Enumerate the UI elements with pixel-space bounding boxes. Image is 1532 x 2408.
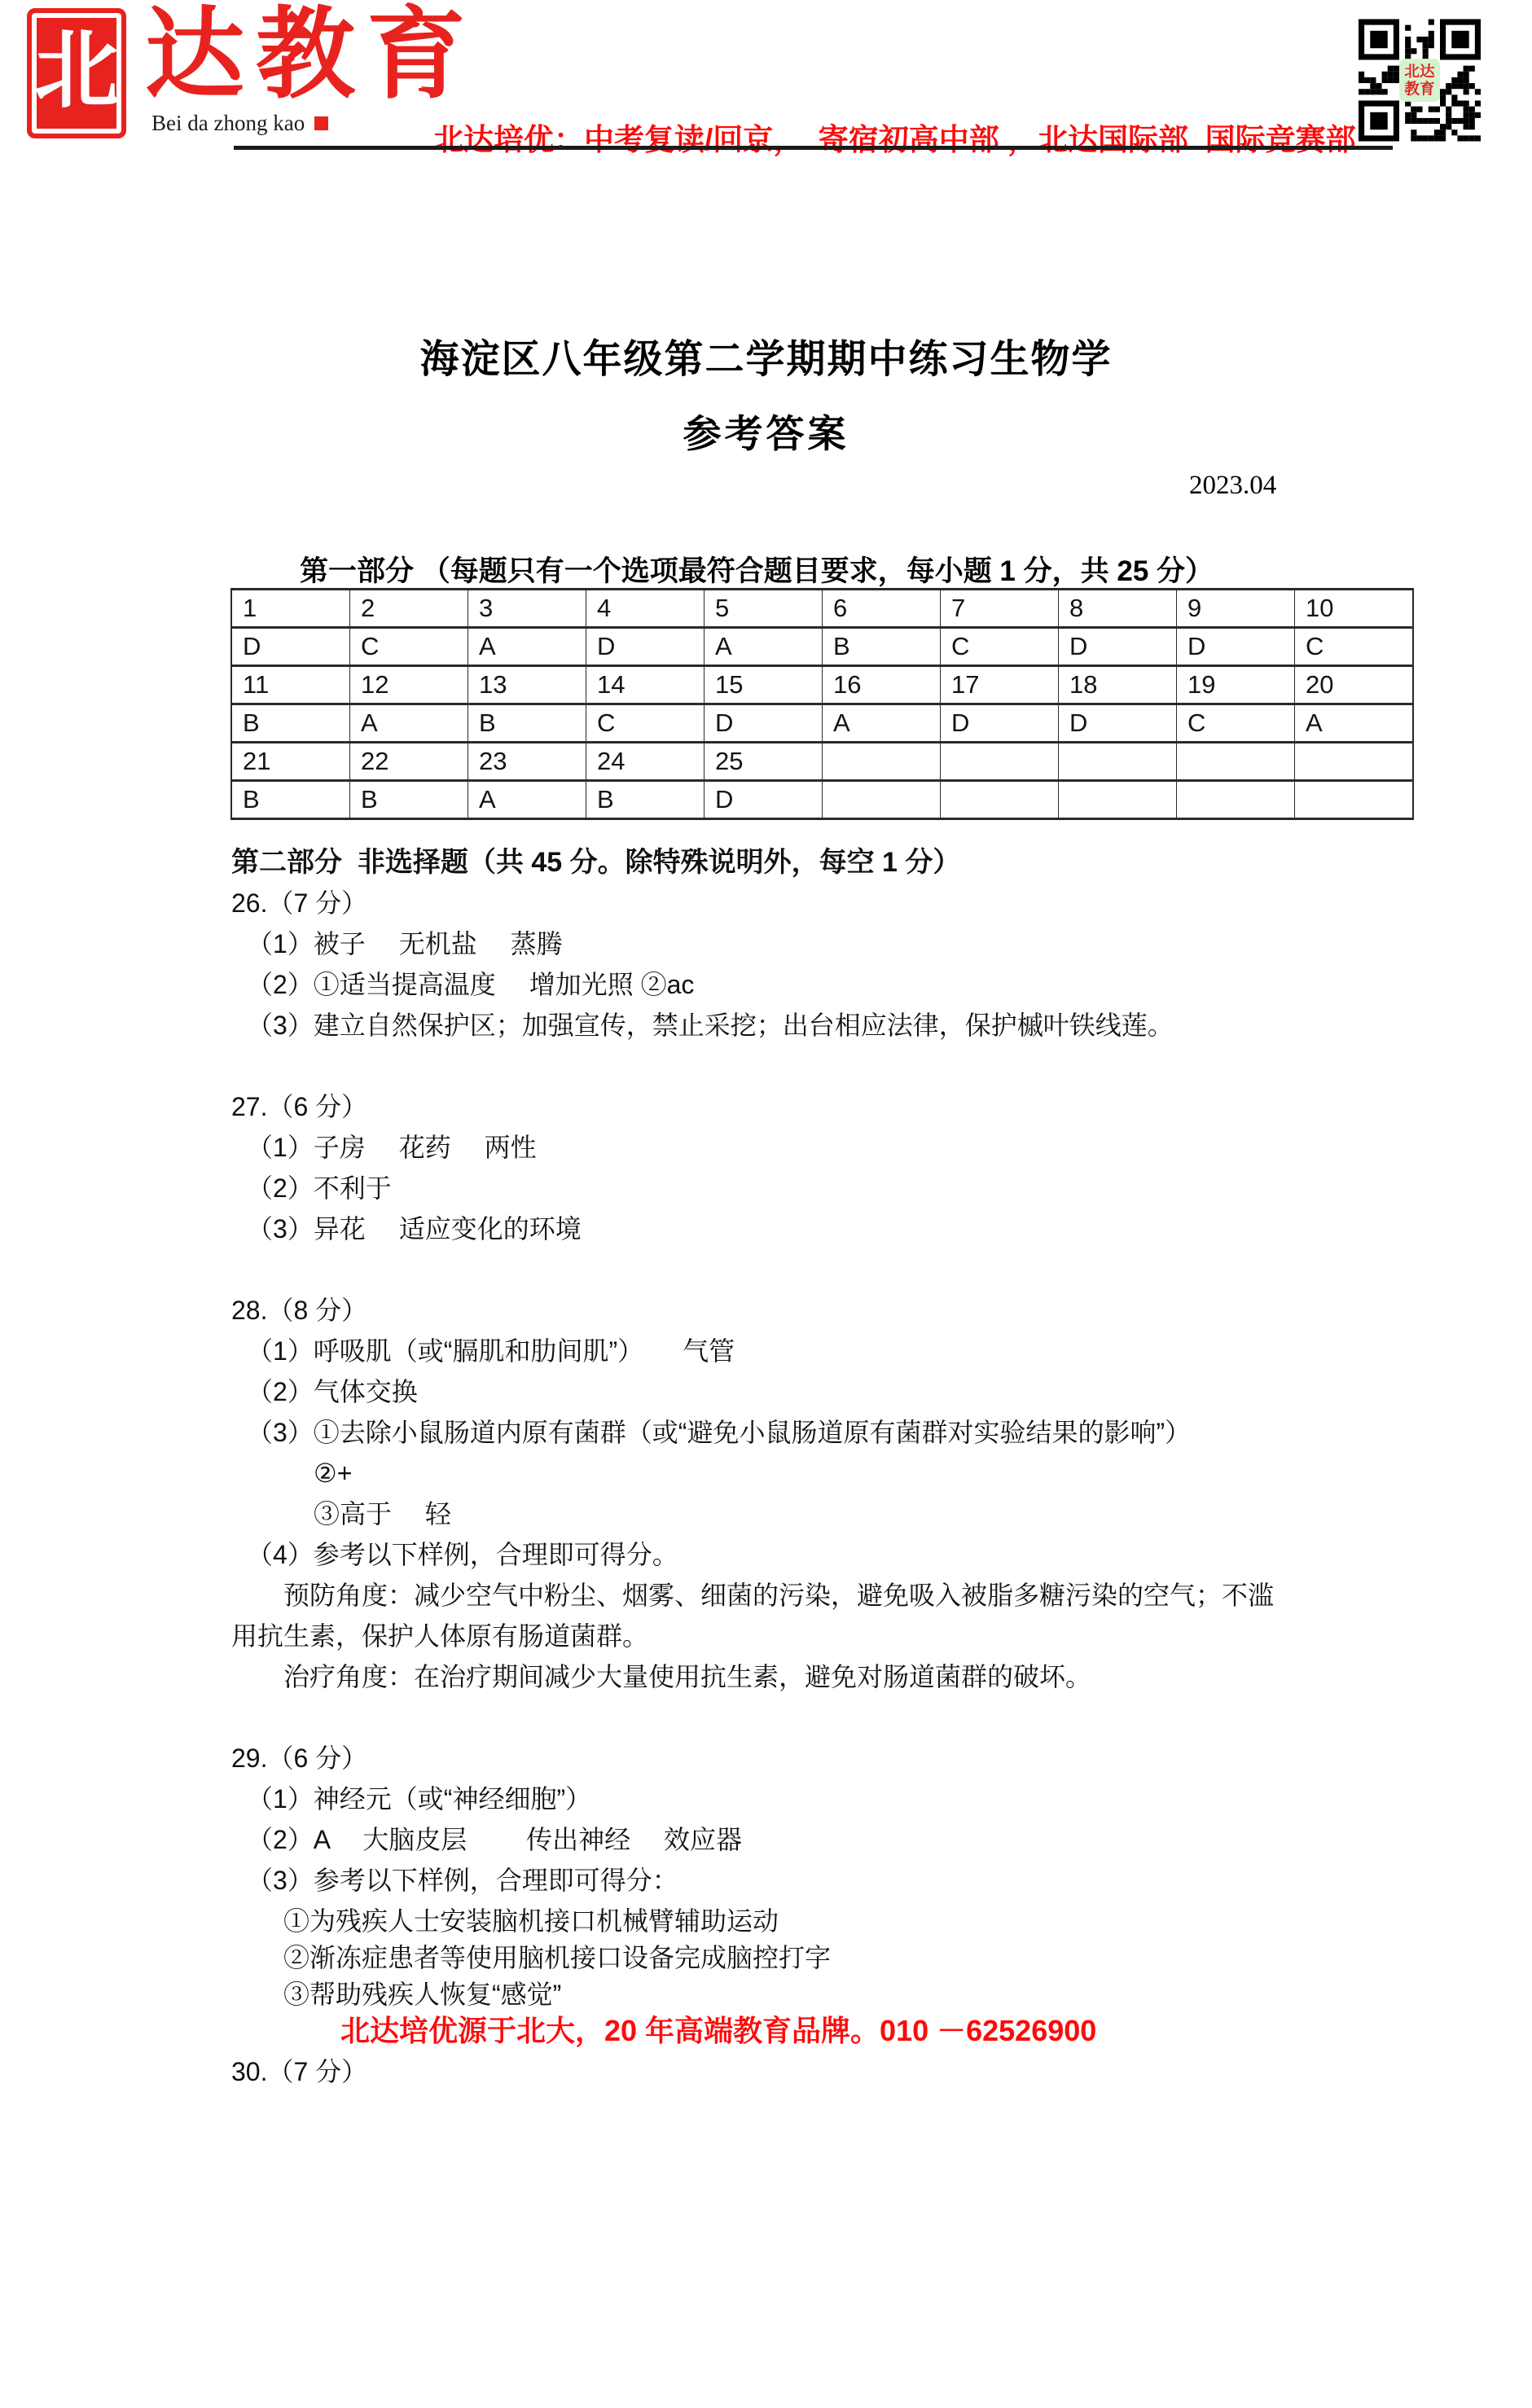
- answer-cell: 1: [231, 590, 350, 628]
- q26-number: 26.（7 分）: [0, 888, 1532, 928]
- answer-cell: A: [468, 781, 586, 819]
- answer-table-body: 12345678910DCADABCDDC1112131415161718192…: [231, 590, 1413, 819]
- table-row: BBABD: [231, 781, 1413, 819]
- answer-cell: [1295, 781, 1414, 819]
- answer-cell: C: [1295, 628, 1414, 666]
- q28-number: 28.（8 分）: [0, 1295, 1532, 1336]
- page-title: 海淀区八年级第二学期期中练习生物学: [0, 327, 1532, 384]
- answer-cell: 5: [705, 590, 823, 628]
- q30-number: 30.（7 分）: [0, 2056, 1532, 2097]
- answer-cell: 11: [231, 666, 350, 704]
- answer-cell: [941, 743, 1059, 781]
- q28-answer-4: （4）参考以下样例，合理即可得分。: [0, 1539, 1532, 1580]
- logo-subtitle-text: Bei da zhong kao: [151, 111, 305, 136]
- answer-cell: B: [823, 628, 941, 666]
- answer-cell: [941, 781, 1059, 819]
- answer-key-page: 北 达教育 Bei da zhong kao 北达培优：中考复读/回京， 寄宿初…: [0, 0, 1532, 2408]
- answer-cell: D: [1059, 628, 1177, 666]
- table-row: 11121314151617181920: [231, 666, 1413, 704]
- answer-cell: 22: [350, 743, 468, 781]
- answer-cell: D: [941, 704, 1059, 743]
- q26-answer-2: （2）①适当提高温度 增加光照 ②ac: [0, 969, 1532, 1010]
- answer-cell: B: [586, 781, 705, 819]
- q28-answer-4-prevent: 预防角度：减少空气中粉尘、烟雾、细菌的污染，避免吸入被脂多糖污染的空气；不滥: [0, 1580, 1532, 1621]
- q28-answer-4-treat: 治疗角度：在治疗期间减少大量使用抗生素，避免对肠道菌群的破坏。: [0, 1661, 1532, 1702]
- blank-line: [0, 1702, 1532, 1743]
- answer-cell: 19: [1177, 666, 1295, 704]
- answer-cell: 21: [231, 743, 350, 781]
- answer-cell: A: [468, 628, 586, 666]
- q29-answer-3: （3）参考以下样例，合理即可得分：: [0, 1865, 1532, 1906]
- document-date: 2023.04: [1189, 471, 1276, 501]
- q29-answer-2: （2）A 大脑皮层 传出神经 效应器: [0, 1824, 1532, 1865]
- table-row: DCADABCDDC: [231, 628, 1413, 666]
- answer-cell: [1295, 743, 1414, 781]
- body-lines: 第二部分 非选择题（共 45 分。除特殊说明外，每空 1 分）26.（7 分）（…: [0, 847, 1532, 2097]
- promo-banner: 北达培优：中考复读/回京， 寄宿初高中部 ，北达国际部 国际竞赛部: [433, 115, 1356, 159]
- answer-cell: C: [941, 628, 1059, 666]
- table-row: 2122232425: [231, 743, 1413, 781]
- answer-cell: 7: [941, 590, 1059, 628]
- qr-code: 北达 教育: [1359, 16, 1481, 144]
- answer-cell: D: [705, 704, 823, 743]
- q28-answer-3-3: ③高于 轻: [0, 1498, 1532, 1539]
- answer-cell: B: [350, 781, 468, 819]
- q28-answer-2: （2）气体交换: [0, 1376, 1532, 1417]
- blank-line: [0, 1254, 1532, 1295]
- answer-cell: D: [1177, 628, 1295, 666]
- answer-cell: [1059, 743, 1177, 781]
- qr-center-label-line1: 北达: [1404, 63, 1435, 80]
- answer-cell: [823, 781, 941, 819]
- page-subtitle: 参考答案: [0, 404, 1532, 458]
- answer-cell: 13: [468, 666, 586, 704]
- answer-cell: C: [1177, 704, 1295, 743]
- table-row: 12345678910: [231, 590, 1413, 628]
- answer-cell: 17: [941, 666, 1059, 704]
- logo-subtitle: Bei da zhong kao: [151, 111, 328, 136]
- answer-cell: 14: [586, 666, 705, 704]
- q29-answer-1: （1）神经元（或“神经细胞”）: [0, 1783, 1532, 1824]
- q29-number: 29.（6 分）: [0, 1743, 1532, 1783]
- answer-cell: 2: [350, 590, 468, 628]
- answer-cell: 20: [1295, 666, 1414, 704]
- answer-cell: C: [586, 704, 705, 743]
- answer-cell: D: [1059, 704, 1177, 743]
- answer-cell: 12: [350, 666, 468, 704]
- section2-heading: 第二部分 非选择题（共 45 分。除特殊说明外，每空 1 分）: [0, 847, 1532, 888]
- qr-center-label-line2: 教育: [1403, 81, 1434, 98]
- answer-cell: 18: [1059, 666, 1177, 704]
- q27-answer-3: （3）异花 适应变化的环境: [0, 1213, 1532, 1254]
- answer-cell: 16: [823, 666, 941, 704]
- q27-answer-1: （1）子房 花药 两性: [0, 1132, 1532, 1173]
- answer-cell: 9: [1177, 590, 1295, 628]
- answer-cell: D: [705, 781, 823, 819]
- answer-cell: 25: [705, 743, 823, 781]
- answer-cell: D: [231, 628, 350, 666]
- q29-answer-3-3: ③帮助残疾人恢复“感觉”: [0, 1979, 1532, 2015]
- q29-answer-3-1: ①为残疾人士安装脑机接口机械臂辅助运动: [0, 1906, 1532, 1942]
- answer-cell: B: [468, 704, 586, 743]
- answer-cell: C: [350, 628, 468, 666]
- header-divider: [234, 146, 1393, 150]
- q27-answer-2: （2）不利于: [0, 1173, 1532, 1213]
- answer-cell: A: [705, 628, 823, 666]
- q27-number: 27.（6 分）: [0, 1091, 1532, 1132]
- answer-cell: B: [231, 781, 350, 819]
- answer-cell: [1177, 743, 1295, 781]
- answer-cell: 8: [1059, 590, 1177, 628]
- answer-cell: [1059, 781, 1177, 819]
- logo-seal: 北: [27, 8, 126, 138]
- table-row: BABCDADDCA: [231, 704, 1413, 743]
- answer-cell: A: [823, 704, 941, 743]
- q28-answer-4-prevent-cont: 用抗生素，保护人体原有肠道菌群。: [0, 1621, 1532, 1661]
- answer-cell: [823, 743, 941, 781]
- answer-cell: A: [1295, 704, 1414, 743]
- answer-cell: 15: [705, 666, 823, 704]
- answer-cell: 24: [586, 743, 705, 781]
- answer-cell: [1177, 781, 1295, 819]
- section1-heading: 第一部分 （每题只有一个选项最符合题目要求，每小题 1 分，共 25 分）: [0, 549, 1513, 590]
- logo-seal-character: 北: [34, 29, 119, 113]
- q28-answer-1: （1）呼吸肌（或“膈肌和肋间肌”） 气管: [0, 1336, 1532, 1376]
- q26-answer-1: （1）被子 无机盐 蒸腾: [0, 928, 1532, 969]
- answer-table: 12345678910DCADABCDDC1112131415161718192…: [230, 588, 1414, 820]
- q26-answer-3: （3）建立自然保护区；加强宣传，禁止采挖；出台相应法律，保护槭叶铁线莲。: [0, 1010, 1532, 1050]
- q28-answer-3-1: （3）①去除小鼠肠道内原有菌群（或“避免小鼠肠道原有菌群对实验结果的影响”）: [0, 1417, 1532, 1458]
- promo-footer-line: 北达培优源于北大，20 年高端教育品牌。010 －62526900: [0, 2015, 1532, 2056]
- answer-cell: 3: [468, 590, 586, 628]
- logo-brand-text: 达教育: [145, 2, 477, 111]
- answer-cell: A: [350, 704, 468, 743]
- answer-cell: 6: [823, 590, 941, 628]
- answer-cell: D: [586, 628, 705, 666]
- answer-cell: B: [231, 704, 350, 743]
- blank-line: [0, 1050, 1532, 1091]
- answer-cell: 23: [468, 743, 586, 781]
- q29-answer-3-2: ②渐冻症患者等使用脑机接口设备完成脑控打字: [0, 1942, 1532, 1979]
- answer-cell: 4: [586, 590, 705, 628]
- answer-cell: 10: [1295, 590, 1414, 628]
- logo-red-square-icon: [314, 116, 328, 130]
- q28-answer-3-2: ②+: [0, 1458, 1532, 1498]
